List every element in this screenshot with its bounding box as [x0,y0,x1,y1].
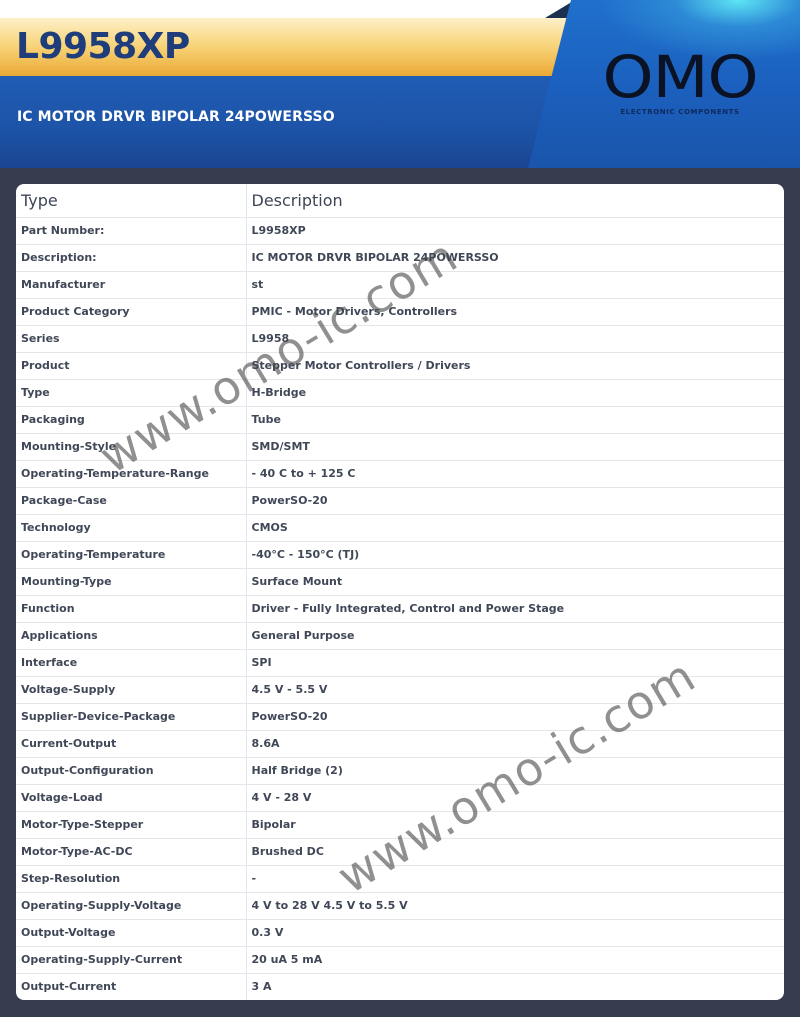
spec-value-cell: - [246,865,784,892]
table-row: ProductStepper Motor Controllers / Drive… [16,352,784,379]
table-row: InterfaceSPI [16,649,784,676]
spec-type-cell: Series [16,325,246,352]
spec-value-cell: Half Bridge (2) [246,757,784,784]
table-row: Operating-Temperature-Range- 40 C to + 1… [16,460,784,487]
table-row: Supplier-Device-PackagePowerSO-20 [16,703,784,730]
table-row: TechnologyCMOS [16,514,784,541]
spec-value-cell: PowerSO-20 [246,487,784,514]
spec-type-cell: Packaging [16,406,246,433]
spec-type-cell: Motor-Type-Stepper [16,811,246,838]
table-row: Part Number:L9958XP [16,217,784,244]
spec-table-body: Part Number:L9958XPDescription:IC MOTOR … [16,217,784,1000]
spec-value-cell: H-Bridge [246,379,784,406]
table-row: Step-Resolution- [16,865,784,892]
table-row: Mounting-TypeSurface Mount [16,568,784,595]
spec-value-cell: Driver - Fully Integrated, Control and P… [246,595,784,622]
table-row: Manufacturerst [16,271,784,298]
table-row: Operating-Supply-Current20 uA 5 mA [16,946,784,973]
spec-type-cell: Interface [16,649,246,676]
spec-value-cell: IC MOTOR DRVR BIPOLAR 24POWERSSO [246,244,784,271]
spec-type-cell: Output-Configuration [16,757,246,784]
page-header: L9958XP IC MOTOR DRVR BIPOLAR 24POWERSSO… [0,0,800,168]
spec-value-cell: SMD/SMT [246,433,784,460]
spec-type-cell: Voltage-Load [16,784,246,811]
spec-value-cell: Brushed DC [246,838,784,865]
spec-table: Type Description Part Number:L9958XPDesc… [16,184,784,1000]
spec-type-cell: Applications [16,622,246,649]
spec-value-cell: L9958 [246,325,784,352]
spec-type-cell: Manufacturer [16,271,246,298]
part-subtitle: IC MOTOR DRVR BIPOLAR 24POWERSSO [17,109,335,125]
column-header-description: Description [246,184,784,217]
spec-value-cell: Bipolar [246,811,784,838]
table-row: Voltage-Supply4.5 V - 5.5 V [16,676,784,703]
table-row: FunctionDriver - Fully Integrated, Contr… [16,595,784,622]
spec-type-cell: Supplier-Device-Package [16,703,246,730]
logo-mark: OMO [590,48,769,106]
spec-type-cell: Mounting-Style [16,433,246,460]
table-row: Output-Voltage0.3 V [16,919,784,946]
spec-value-cell: SPI [246,649,784,676]
spec-value-cell: L9958XP [246,217,784,244]
column-header-type: Type [16,184,246,217]
spec-value-cell: Surface Mount [246,568,784,595]
spec-value-cell: 3 A [246,973,784,1000]
spec-type-cell: Motor-Type-AC-DC [16,838,246,865]
spec-type-cell: Voltage-Supply [16,676,246,703]
spec-type-cell: Operating-Supply-Voltage [16,892,246,919]
spec-type-cell: Output-Voltage [16,919,246,946]
table-row: Operating-Supply-Voltage4 V to 28 V 4.5 … [16,892,784,919]
table-row: Output-Current3 A [16,973,784,1000]
spec-value-cell: 4 V - 28 V [246,784,784,811]
spec-value-cell: -40°C - 150°C (TJ) [246,541,784,568]
omo-logo: OMO ELECTRONIC COMPONENTS [600,48,760,116]
spec-value-cell: - 40 C to + 125 C [246,460,784,487]
table-row: Product CategoryPMIC - Motor Drivers, Co… [16,298,784,325]
spec-value-cell: Stepper Motor Controllers / Drivers [246,352,784,379]
table-row: Operating-Temperature-40°C - 150°C (TJ) [16,541,784,568]
table-row: Package-CasePowerSO-20 [16,487,784,514]
table-row: TypeH-Bridge [16,379,784,406]
spec-value-cell: 4.5 V - 5.5 V [246,676,784,703]
table-row: Current-Output8.6A [16,730,784,757]
spec-value-cell: Tube [246,406,784,433]
spec-value-cell: 8.6A [246,730,784,757]
table-row: PackagingTube [16,406,784,433]
spec-value-cell: PMIC - Motor Drivers, Controllers [246,298,784,325]
spec-type-cell: Operating-Temperature-Range [16,460,246,487]
spec-type-cell: Product Category [16,298,246,325]
spec-type-cell: Product [16,352,246,379]
part-title: L9958XP [16,26,190,67]
spec-value-cell: st [246,271,784,298]
spec-value-cell: 4 V to 28 V 4.5 V to 5.5 V [246,892,784,919]
table-row: Voltage-Load4 V - 28 V [16,784,784,811]
table-row: Output-ConfigurationHalf Bridge (2) [16,757,784,784]
spec-type-cell: Step-Resolution [16,865,246,892]
table-row: SeriesL9958 [16,325,784,352]
spec-value-cell: CMOS [246,514,784,541]
spec-value-cell: PowerSO-20 [246,703,784,730]
spec-value-cell: 0.3 V [246,919,784,946]
table-row: Motor-Type-AC-DCBrushed DC [16,838,784,865]
spec-type-cell: Function [16,595,246,622]
spec-type-cell: Description: [16,244,246,271]
spec-type-cell: Package-Case [16,487,246,514]
spec-card: Type Description Part Number:L9958XPDesc… [16,184,784,1000]
spec-type-cell: Output-Current [16,973,246,1000]
table-row: Description:IC MOTOR DRVR BIPOLAR 24POWE… [16,244,784,271]
spec-type-cell: Type [16,379,246,406]
spec-type-cell: Part Number: [16,217,246,244]
spec-type-cell: Current-Output [16,730,246,757]
table-row: Motor-Type-StepperBipolar [16,811,784,838]
table-row: Mounting-StyleSMD/SMT [16,433,784,460]
spec-type-cell: Operating-Temperature [16,541,246,568]
table-header-row: Type Description [16,184,784,217]
spec-type-cell: Technology [16,514,246,541]
spec-type-cell: Operating-Supply-Current [16,946,246,973]
table-row: ApplicationsGeneral Purpose [16,622,784,649]
spec-value-cell: 20 uA 5 mA [246,946,784,973]
spec-value-cell: General Purpose [246,622,784,649]
spec-type-cell: Mounting-Type [16,568,246,595]
